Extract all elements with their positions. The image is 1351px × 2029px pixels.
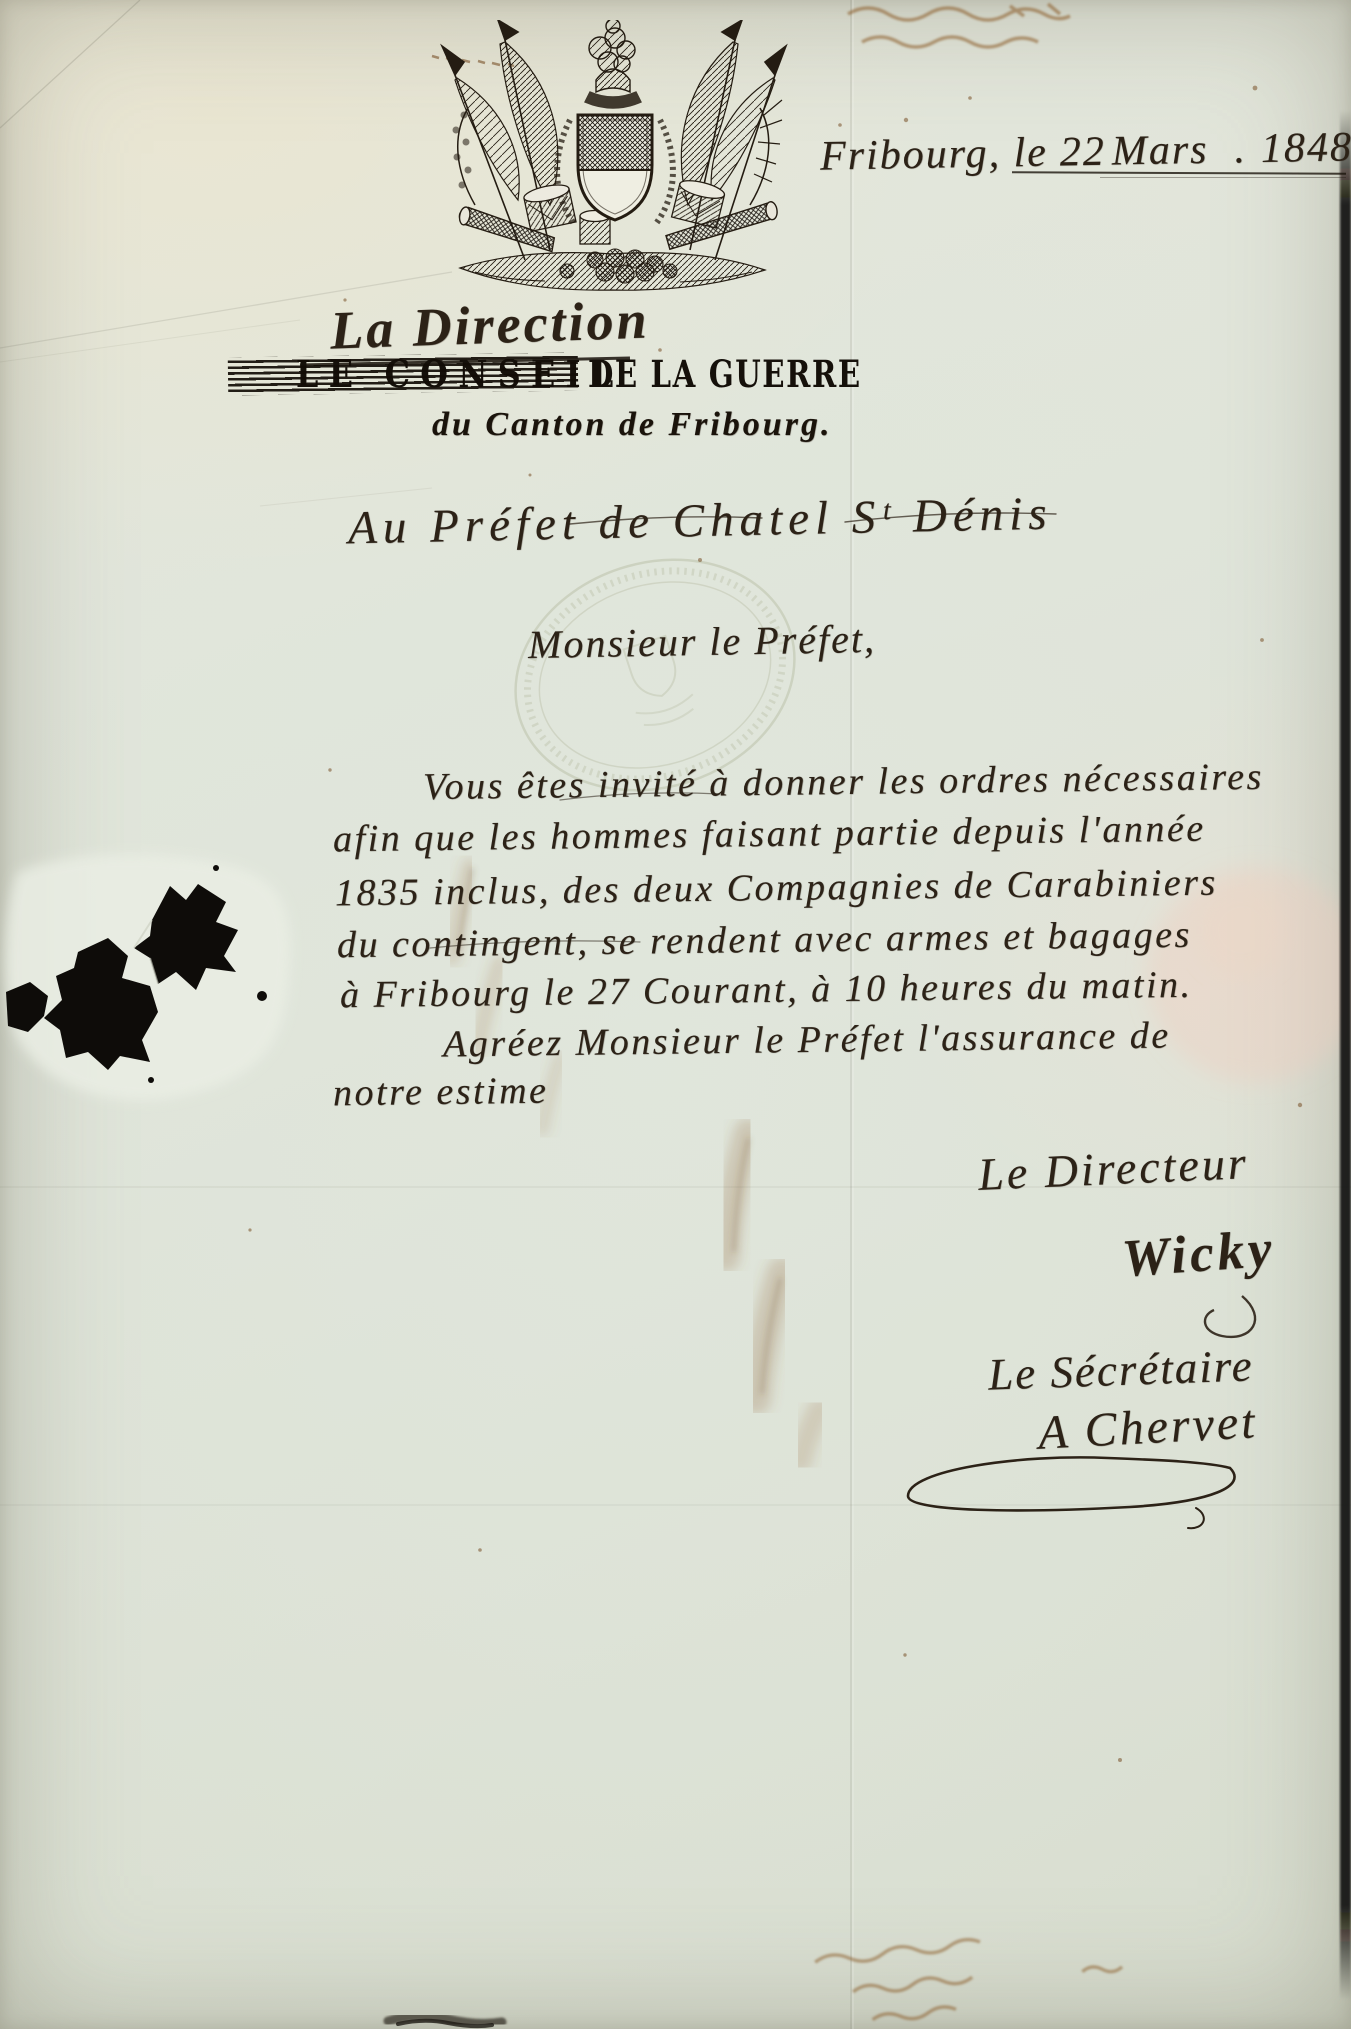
signature-paraph <box>908 1457 1235 1528</box>
paper-artifacts-over <box>0 0 1351 2029</box>
letter-page: Fribourg, le22Mars.1848 La Direction LE … <box>0 0 1351 2029</box>
wicky-flourish <box>1205 1296 1255 1337</box>
pen-flourishes <box>430 513 1056 948</box>
paper-hole-tear <box>5 855 290 1101</box>
